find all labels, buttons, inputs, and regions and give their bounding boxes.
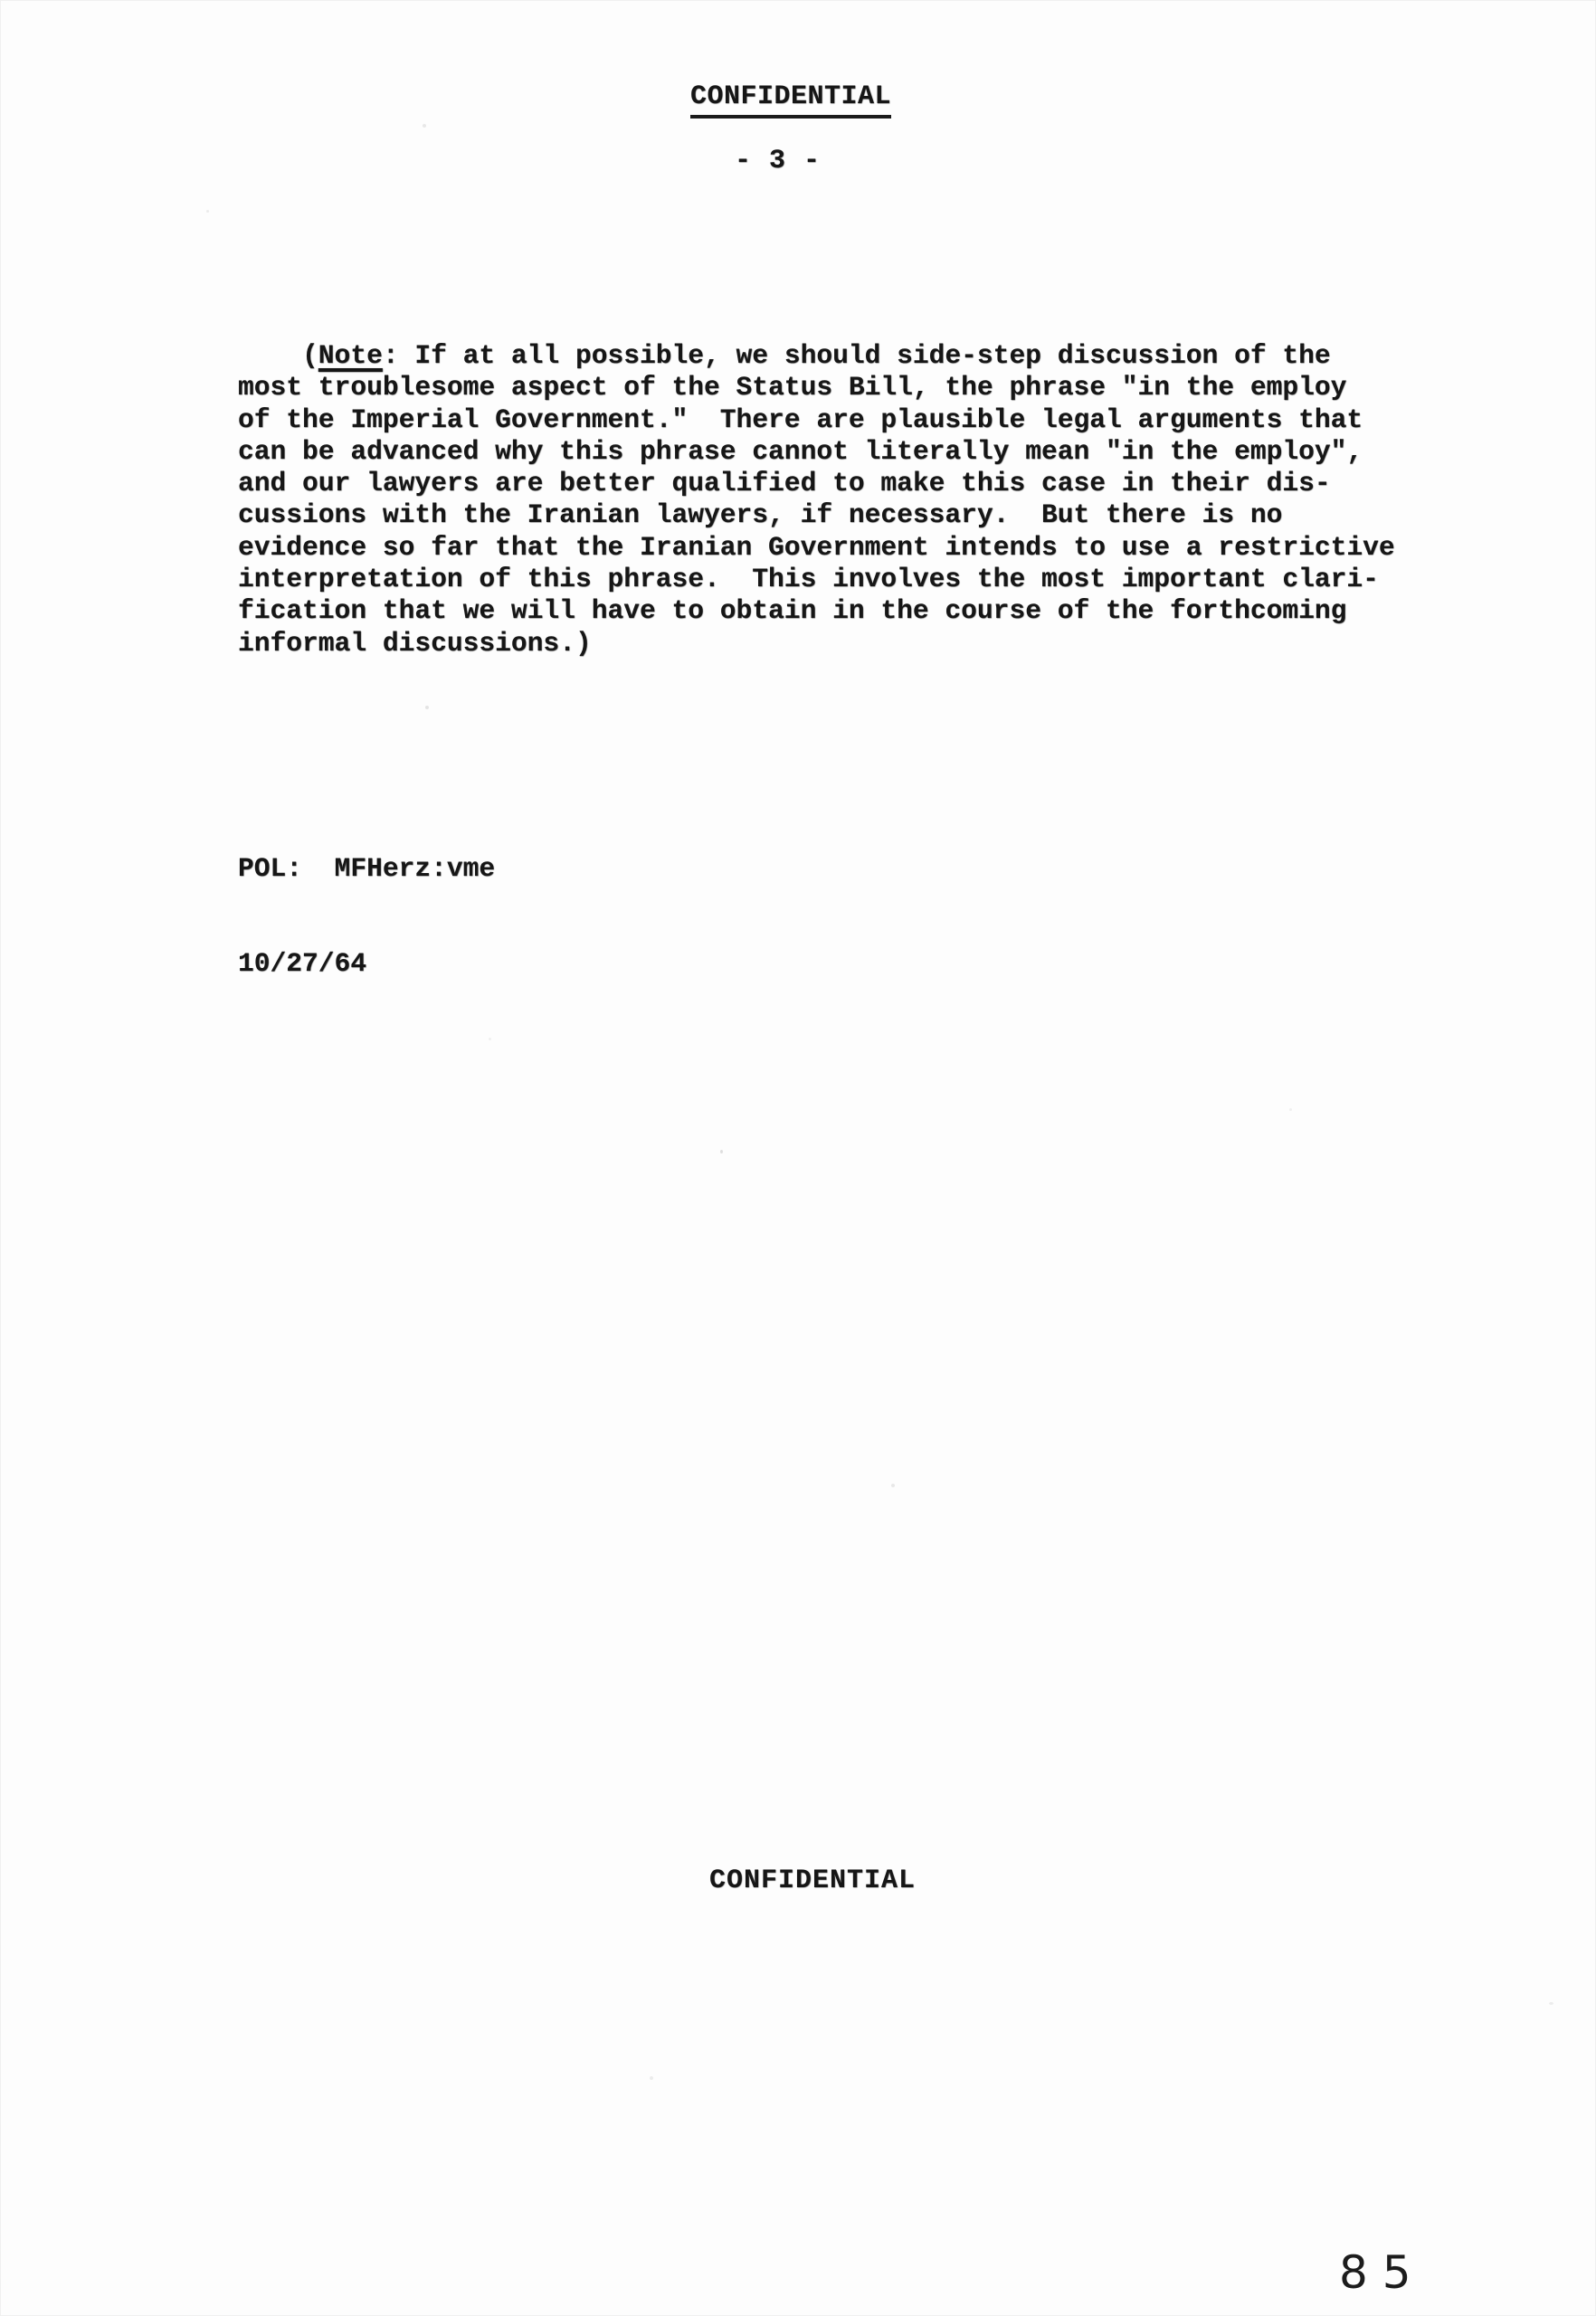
paragraph-line: informal discussions.): [238, 628, 1395, 660]
scan-speck: [489, 1038, 491, 1040]
scan-speck: [423, 124, 426, 128]
paragraph-line: and our lawyers are better qualified to …: [238, 468, 1395, 499]
scan-speck: [425, 706, 429, 709]
scan-speck: [1289, 1108, 1292, 1111]
classification-header: CONFIDENTIAL: [690, 81, 891, 119]
note-paragraph: (Note: If at all possible, we should sid…: [238, 340, 1395, 660]
paragraph-line: cussions with the Iranian lawyers, if ne…: [238, 499, 1395, 531]
paragraph-line: most troublesome aspect of the Status Bi…: [238, 372, 1395, 403]
paragraph-line: can be advanced why this phrase cannot l…: [238, 436, 1395, 468]
document-page: CONFIDENTIAL - 3 - (Note: If at all poss…: [0, 0, 1596, 2316]
paragraph-line: fication that we will have to obtain in …: [238, 595, 1395, 627]
page-number: - 3 -: [735, 146, 821, 176]
paragraph-line: of the Imperial Government." There are p…: [238, 404, 1395, 436]
page-number-stamp: 85: [1339, 2246, 1426, 2299]
paragraph-line: (Note: If at all possible, we should sid…: [238, 340, 1395, 372]
signature-block: POL: MFHerz:vme 10/27/64: [238, 789, 495, 1044]
drafting-office-line: POL: MFHerz:vme: [238, 853, 495, 885]
scan-speck: [650, 2076, 653, 2080]
scan-speck: [891, 1484, 895, 1487]
paragraph-line: interpretation of this phrase. This invo…: [238, 564, 1395, 595]
classification-footer: CONFIDENTIAL: [709, 1865, 916, 1896]
scan-speck: [1549, 2002, 1553, 2005]
date-line: 10/27/64: [238, 948, 495, 980]
scan-speck: [720, 1150, 723, 1153]
paragraph-line: evidence so far that the Iranian Governm…: [238, 532, 1395, 564]
scan-speck: [206, 210, 209, 213]
